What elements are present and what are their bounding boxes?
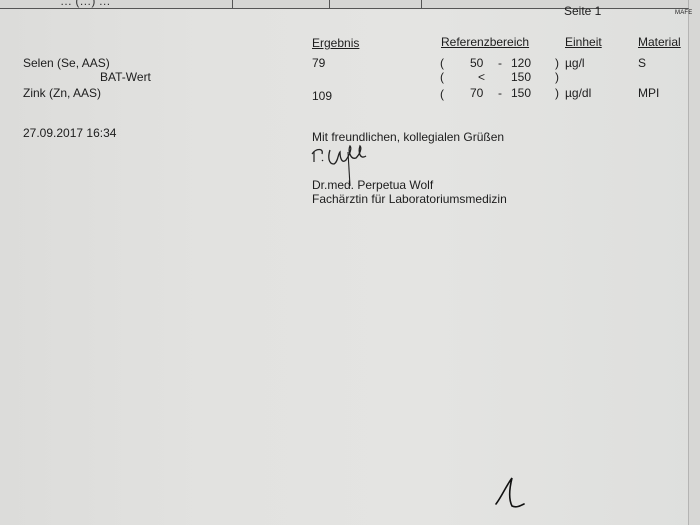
ref-close: )	[555, 86, 559, 100]
column-header-result: Ergebnis	[312, 36, 359, 50]
test-result: 79	[312, 56, 325, 70]
report-datetime: 27.09.2017 16:34	[23, 126, 116, 140]
signer-title: Fachärztin für Laboratoriumsmedizin	[312, 192, 507, 206]
column-header-reference: Referenzbereich	[441, 35, 529, 49]
ref-low: 50	[470, 56, 483, 70]
page-background-edge	[689, 0, 700, 525]
column-header-material: Material	[638, 35, 681, 49]
ref-close: )	[555, 70, 559, 84]
page-number: Seite 1	[564, 4, 601, 18]
test-name: Zink (Zn, AAS)	[23, 86, 101, 100]
ref-close: )	[555, 56, 559, 70]
divider	[232, 0, 233, 8]
ref-open: (	[440, 87, 444, 101]
paper-edge	[688, 0, 689, 525]
cut-off-header-text: … (…) …	[60, 0, 111, 8]
material: MPI	[638, 86, 659, 100]
unit: µg/dl	[565, 86, 591, 100]
column-header-unit: Einheit	[565, 35, 602, 49]
ref-high: 120	[511, 56, 531, 70]
ref-low: <	[478, 70, 485, 84]
handwritten-page-mark-icon	[490, 472, 530, 512]
ref-low: 70	[470, 86, 483, 100]
signer-name: Dr.med. Perpetua Wolf	[312, 178, 433, 192]
ref-sep: -	[498, 56, 502, 70]
test-name: BAT-Wert	[100, 70, 151, 84]
divider	[421, 0, 422, 8]
test-name: Selen (Se, AAS)	[23, 56, 110, 70]
ref-open: (	[440, 56, 444, 70]
ref-sep: -	[498, 86, 502, 100]
material: S	[638, 56, 646, 70]
divider	[329, 0, 330, 8]
document-code: MAFE	[675, 10, 692, 16]
unit: µg/l	[565, 56, 585, 70]
ref-open: (	[440, 70, 444, 84]
ref-high: 150	[511, 70, 531, 84]
ref-high: 150	[511, 86, 531, 100]
test-result: 109	[312, 89, 332, 103]
